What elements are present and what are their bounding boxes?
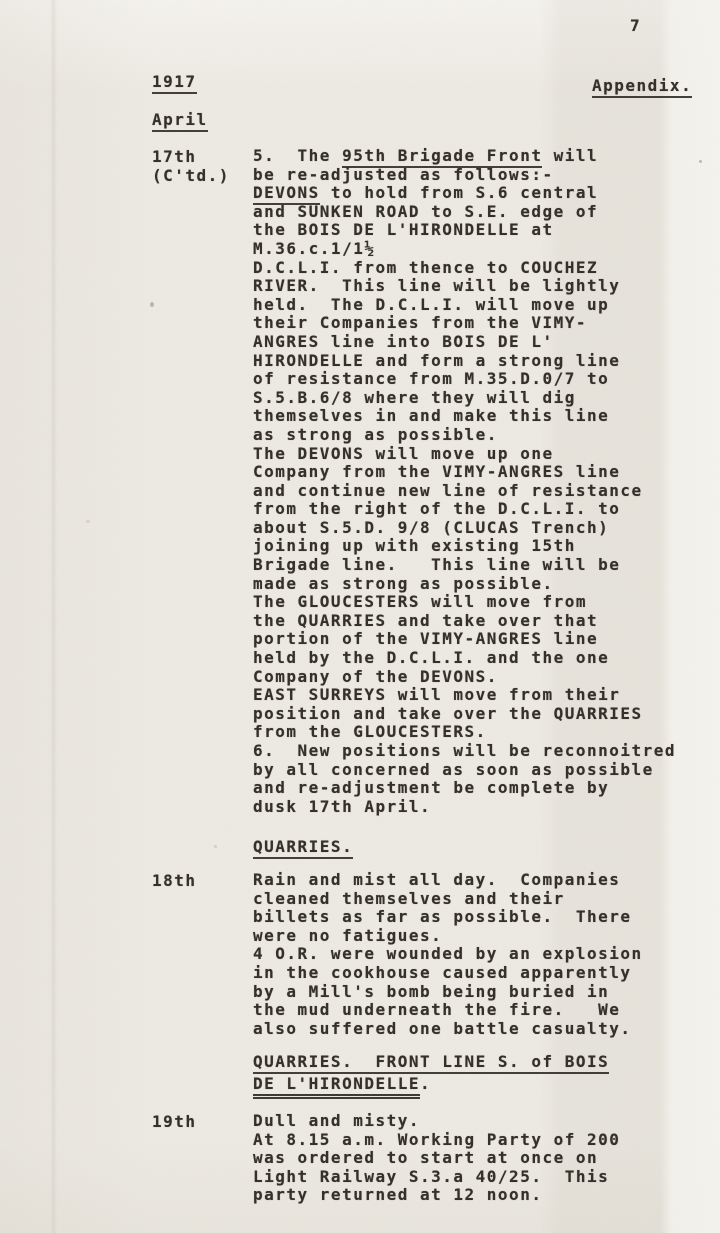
diary-line: from the GLOUCESTERS. <box>253 723 710 742</box>
diary-line: EAST SURREYS will move from their <box>253 686 710 705</box>
diary-line: Rain and mist all day. Companies <box>253 871 710 890</box>
diary-line: also suffered one battle casualty. <box>253 1020 710 1039</box>
diary-line: from the right of the D.C.L.I. to <box>253 500 710 519</box>
diary-line: joining up with existing 15th <box>253 537 710 556</box>
diary-line: and continue new line of resistance <box>253 482 710 501</box>
diary-line: 4 O.R. were wounded by an explosion <box>253 945 710 964</box>
diary-entry: 17th (C'td.)5. The 95th Brigade Front wi… <box>152 147 710 816</box>
diary-line: QUARRIES. <box>253 836 710 858</box>
diary-line: as strong as possible. <box>253 426 710 445</box>
diary-line: their Companies from the VIMY- <box>253 314 710 333</box>
diary-line: ANGRES line into BOIS DE L' <box>253 333 710 352</box>
diary-line: by a Mill's bomb being buried in <box>253 983 710 1002</box>
diary-line: M.36.c.1/1½ <box>253 240 710 259</box>
diary-line: QUARRIES. FRONT LINE S. of BOIS <box>253 1051 710 1073</box>
diary-line: be re-adjusted as follows:- <box>253 166 710 185</box>
diary-line: D.C.L.I. from thence to COUCHEZ <box>253 259 710 278</box>
entry-text: QUARRIES. FRONT LINE S. of BOISDE L'HIRO… <box>253 1051 710 1095</box>
section-heading: QUARRIES. <box>152 836 710 858</box>
entry-text: Rain and mist all day. Companiescleaned … <box>253 871 710 1038</box>
entry-text: QUARRIES. <box>253 836 710 858</box>
diary-line: position and take over the QUARRIES <box>253 705 710 724</box>
diary-line: the BOIS DE L'HIRONDELLE at <box>253 221 710 240</box>
diary-line: DEVONS to hold from S.6 central <box>253 184 710 203</box>
entry-date: 18th <box>152 871 197 890</box>
diary-line: At 8.15 a.m. Working Party of 200 <box>253 1131 710 1150</box>
diary-line: The DEVONS will move up one <box>253 445 710 464</box>
diary-line: made as strong as possible. <box>253 575 710 594</box>
diary-line: held by the D.C.L.I. and the one <box>253 649 710 668</box>
diary-line: dusk 17th April. <box>253 798 710 817</box>
section-heading: QUARRIES. FRONT LINE S. of BOISDE L'HIRO… <box>152 1051 710 1095</box>
diary-line: about S.5.D. 9/8 (CLUCAS Trench) <box>253 519 710 538</box>
entry-date: 17th (C'td.) <box>152 147 230 185</box>
diary-line: themselves in and make this line <box>253 407 710 426</box>
diary-line: held. The D.C.L.I. will move up <box>253 296 710 315</box>
entry-text: 5. The 95th Brigade Front willbe re-adju… <box>253 147 710 816</box>
diary-line: portion of the VIMY-ANGRES line <box>253 630 710 649</box>
diary-line: Company from the VIMY-ANGRES line <box>253 463 710 482</box>
diary-line: RIVER. This line will be lightly <box>253 277 710 296</box>
diary-line: 5. The 95th Brigade Front will <box>253 147 710 166</box>
diary-line: party returned at 12 noon. <box>253 1186 710 1205</box>
diary-line: and re-adjustment be complete by <box>253 779 710 798</box>
diary-line: were no fatigues. <box>253 927 710 946</box>
diary-line: of resistance from M.35.D.0/7 to <box>253 370 710 389</box>
diary-line: and SUNKEN ROAD to S.E. edge of <box>253 203 710 222</box>
diary-line: the mud underneath the fire. We <box>253 1001 710 1020</box>
diary-line: DE L'HIRONDELLE. <box>253 1073 710 1095</box>
diary-line: HIRONDELLE and form a strong line <box>253 352 710 371</box>
diary-entries: 17th (C'td.)5. The 95th Brigade Front wi… <box>0 0 720 1233</box>
diary-line: Light Railway S.3.a 40/25. This <box>253 1168 710 1187</box>
diary-line: in the cookhouse caused apparently <box>253 964 710 983</box>
entry-date: 19th <box>152 1112 197 1131</box>
diary-line: billets as far as possible. There <box>253 908 710 927</box>
diary-line: Brigade line. This line will be <box>253 556 710 575</box>
entry-text: Dull and misty.At 8.15 a.m. Working Part… <box>253 1112 710 1205</box>
diary-line: Company of the DEVONS. <box>253 668 710 687</box>
diary-line: the QUARRIES and take over that <box>253 612 710 631</box>
diary-line: was ordered to start at once on <box>253 1149 710 1168</box>
diary-line: The GLOUCESTERS will move from <box>253 593 710 612</box>
diary-entry: 19thDull and misty.At 8.15 a.m. Working … <box>152 1112 710 1205</box>
diary-entry: 18thRain and mist all day. Companiesclea… <box>152 871 710 1038</box>
diary-line: 6. New positions will be reconnoitred <box>253 742 710 761</box>
diary-line: cleaned themselves and their <box>253 890 710 909</box>
diary-line: by all concerned as soon as possible <box>253 761 710 780</box>
diary-line: S.5.B.6/8 where they will dig <box>253 389 710 408</box>
diary-line: Dull and misty. <box>253 1112 710 1131</box>
